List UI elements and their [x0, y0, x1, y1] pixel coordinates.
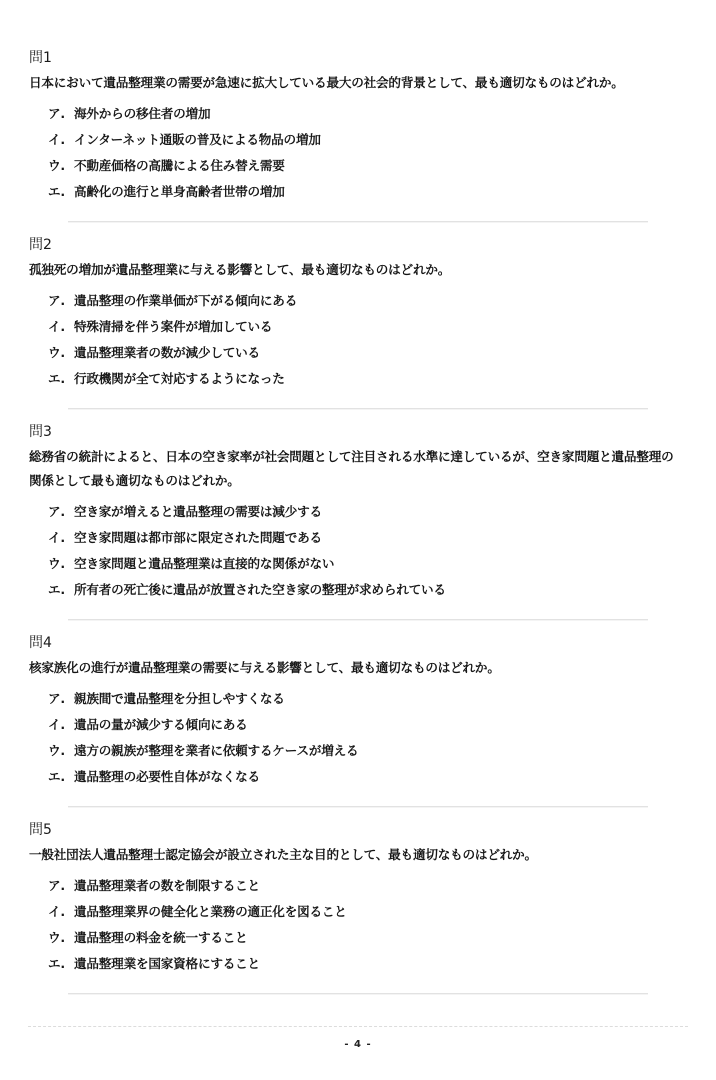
- option-key: ウ.: [48, 925, 74, 951]
- option-text: 遺品整理業界の健全化と業務の適正化を図ること: [74, 904, 347, 919]
- option-a: ア.海外からの移住者の増加: [48, 101, 689, 127]
- option-i: イ.遺品整理業界の健全化と業務の適正化を図ること: [48, 899, 689, 925]
- option-key: イ.: [48, 712, 74, 738]
- question-text: 一般社団法人遺品整理士認定協会が設立された主な目的として、最も適切なものはどれか…: [29, 843, 684, 867]
- option-key: エ.: [48, 179, 74, 205]
- question-label: 問5: [29, 819, 689, 841]
- question-3: 問3 総務省の統計によると、日本の空き家率が社会問題として注目される水準に達して…: [29, 421, 689, 621]
- question-4: 問4 核家族化の進行が遺品整理業の需要に与える影響として、最も適切なものはどれか…: [29, 632, 689, 808]
- option-u: ウ.遺品整理業者の数が減少している: [48, 340, 689, 366]
- option-u: ウ.遺品整理の料金を統一すること: [48, 925, 689, 951]
- question-separator: [68, 619, 648, 621]
- option-text: 海外からの移住者の増加: [74, 106, 210, 121]
- option-e: エ.高齢化の進行と単身高齢者世帯の増加: [48, 179, 689, 205]
- option-key: ウ.: [48, 551, 74, 577]
- option-i: イ.特殊清掃を伴う案件が増加している: [48, 314, 689, 340]
- question-1: 問1 日本において遺品整理業の需要が急速に拡大している最大の社会的背景として、最…: [29, 47, 689, 223]
- question-text: 総務省の統計によると、日本の空き家率が社会問題として注目される水準に達しているが…: [29, 445, 684, 493]
- option-key: イ.: [48, 127, 74, 153]
- option-key: イ.: [48, 314, 74, 340]
- option-text: 特殊清掃を伴う案件が増加している: [74, 319, 272, 334]
- option-text: 親族間で遺品整理を分担しやすくなる: [74, 691, 285, 706]
- option-key: イ.: [48, 899, 74, 925]
- question-separator: [68, 993, 648, 995]
- option-key: ア.: [48, 101, 74, 127]
- question-text: 孤独死の増加が遺品整理業に与える影響として、最も適切なものはどれか。: [29, 258, 684, 282]
- option-i: イ.インターネット通販の普及による物品の増加: [48, 127, 689, 153]
- option-key: ア.: [48, 499, 74, 525]
- question-2: 問2 孤独死の増加が遺品整理業に与える影響として、最も適切なものはどれか。 ア.…: [29, 234, 689, 410]
- option-text: 高齢化の進行と単身高齢者世帯の増加: [74, 184, 285, 199]
- option-text: 空き家問題と遺品整理業は直接的な関係がない: [74, 556, 334, 571]
- option-key: ウ.: [48, 153, 74, 179]
- question-separator: [68, 408, 648, 410]
- question-list: 問1 日本において遺品整理業の需要が急速に拡大している最大の社会的背景として、最…: [29, 47, 689, 1006]
- option-list: ア.遺品整理の作業単価が下がる傾向にある イ.特殊清掃を伴う案件が増加している …: [29, 288, 689, 392]
- document-page: 問1 日本において遺品整理業の需要が急速に拡大している最大の社会的背景として、最…: [0, 0, 716, 1080]
- option-u: ウ.空き家問題と遺品整理業は直接的な関係がない: [48, 551, 689, 577]
- option-text: インターネット通販の普及による物品の増加: [74, 132, 321, 147]
- option-key: イ.: [48, 525, 74, 551]
- option-e: エ.所有者の死亡後に遺品が放置された空き家の整理が求められている: [48, 577, 689, 603]
- option-key: ウ.: [48, 738, 74, 764]
- option-e: エ.遺品整理の必要性自体がなくなる: [48, 764, 689, 790]
- option-text: 遺品整理の必要性自体がなくなる: [74, 769, 260, 784]
- question-label: 問2: [29, 234, 689, 256]
- option-text: 遺品整理の料金を統一すること: [74, 930, 248, 945]
- option-text: 遺品の量が減少する傾向にある: [74, 717, 248, 732]
- option-a: ア.遺品整理業者の数を制限すること: [48, 873, 689, 899]
- option-list: ア.遺品整理業者の数を制限すること イ.遺品整理業界の健全化と業務の適正化を図る…: [29, 873, 689, 977]
- option-a: ア.遺品整理の作業単価が下がる傾向にある: [48, 288, 689, 314]
- option-i: イ.空き家問題は都市部に限定された問題である: [48, 525, 689, 551]
- option-e: エ.遺品整理業を国家資格にすること: [48, 951, 689, 977]
- option-text: 遺品整理業者の数が減少している: [74, 345, 260, 360]
- option-text: 遺品整理の作業単価が下がる傾向にある: [74, 293, 297, 308]
- question-label: 問3: [29, 421, 689, 443]
- page-number: - 4 -: [0, 1037, 716, 1053]
- option-text: 行政機関が全て対応するようになった: [74, 371, 285, 386]
- question-separator: [68, 221, 648, 223]
- option-text: 遠方の親族が整理を業者に依頼するケースが増える: [74, 743, 358, 758]
- option-text: 空き家問題は都市部に限定された問題である: [74, 530, 322, 545]
- option-key: エ.: [48, 366, 74, 392]
- option-key: ウ.: [48, 340, 74, 366]
- option-key: ア.: [48, 873, 74, 899]
- option-text: 遺品整理業を国家資格にすること: [74, 956, 260, 971]
- option-i: イ.遺品の量が減少する傾向にある: [48, 712, 689, 738]
- option-list: ア.空き家が増えると遺品整理の需要は減少する イ.空き家問題は都市部に限定された…: [29, 499, 689, 603]
- option-a: ア.親族間で遺品整理を分担しやすくなる: [48, 686, 689, 712]
- option-a: ア.空き家が増えると遺品整理の需要は減少する: [48, 499, 689, 525]
- question-text: 日本において遺品整理業の需要が急速に拡大している最大の社会的背景として、最も適切…: [29, 71, 684, 95]
- question-5: 問5 一般社団法人遺品整理士認定協会が設立された主な目的として、最も適切なものは…: [29, 819, 689, 995]
- option-key: ア.: [48, 288, 74, 314]
- option-text: 不動産価格の高騰による住み替え需要: [74, 158, 285, 173]
- option-u: ウ.遠方の親族が整理を業者に依頼するケースが増える: [48, 738, 689, 764]
- option-key: エ.: [48, 577, 74, 603]
- option-text: 空き家が増えると遺品整理の需要は減少する: [74, 504, 322, 519]
- question-label: 問4: [29, 632, 689, 654]
- option-key: ア.: [48, 686, 74, 712]
- question-text: 核家族化の進行が遺品整理業の需要に与える影響として、最も適切なものはどれか。: [29, 656, 684, 680]
- option-text: 遺品整理業者の数を制限すること: [74, 878, 260, 893]
- option-key: エ.: [48, 764, 74, 790]
- option-text: 所有者の死亡後に遺品が放置された空き家の整理が求められている: [74, 582, 446, 597]
- question-separator: [68, 806, 648, 808]
- option-list: ア.親族間で遺品整理を分担しやすくなる イ.遺品の量が減少する傾向にある ウ.遠…: [29, 686, 689, 790]
- option-list: ア.海外からの移住者の増加 イ.インターネット通販の普及による物品の増加 ウ.不…: [29, 101, 689, 205]
- footer-divider: [28, 1026, 688, 1027]
- option-u: ウ.不動産価格の高騰による住み替え需要: [48, 153, 689, 179]
- option-e: エ.行政機関が全て対応するようになった: [48, 366, 689, 392]
- option-key: エ.: [48, 951, 74, 977]
- question-label: 問1: [29, 47, 689, 69]
